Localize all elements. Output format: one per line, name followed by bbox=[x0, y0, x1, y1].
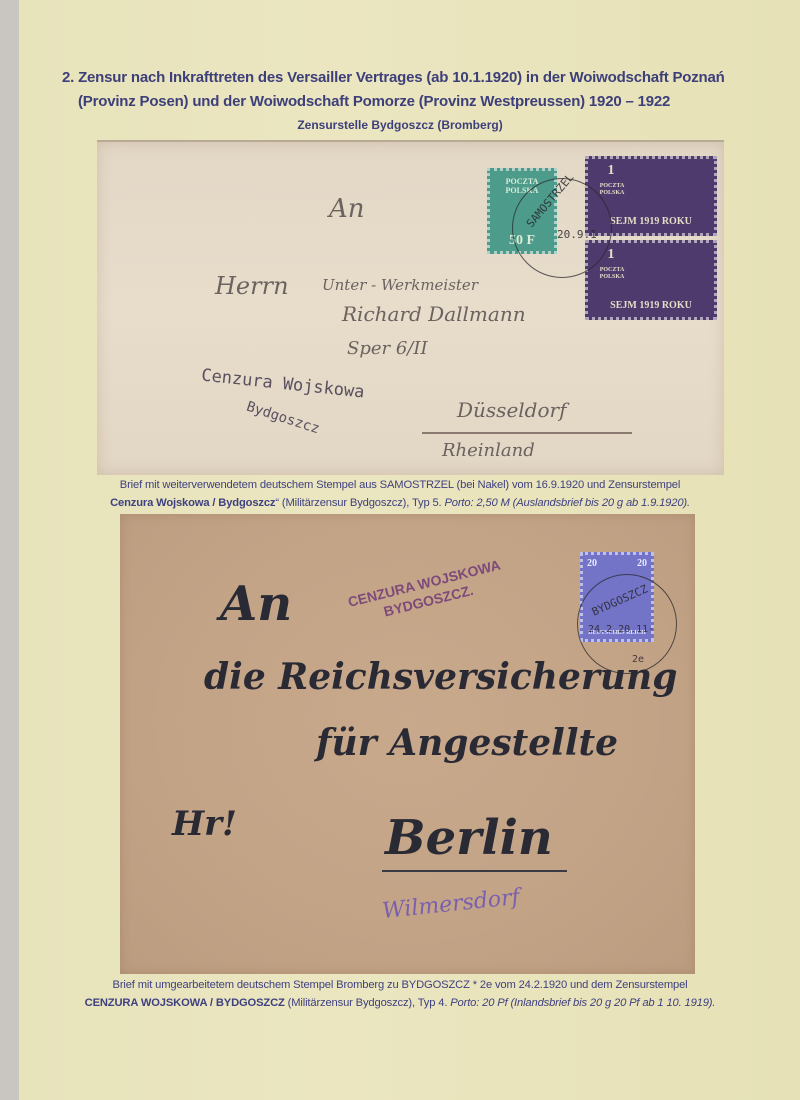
title-line-2: (Provinz Posen) und der Woiwodschaft Pom… bbox=[62, 90, 762, 114]
address-underline bbox=[422, 432, 632, 434]
caption-postage: Porto: 20 Pf (Inlandsbrief bis 20 g 20 P… bbox=[450, 997, 715, 1009]
pencil-note: Wilmersdorf bbox=[381, 885, 521, 924]
scan-edge-strip bbox=[0, 0, 19, 1100]
caption-description: “ (Militärzensur Bydgoszcz), Typ 5. bbox=[275, 497, 444, 509]
caption-postage: Porto: 2,50 M (Auslandsbrief bis 20 g ab… bbox=[444, 497, 689, 509]
address-line: Düsseldorf bbox=[457, 398, 566, 422]
address-line: Sper 6/II bbox=[347, 338, 428, 359]
title-line-1: 2. Zensur nach Inkrafttreten des Versail… bbox=[62, 69, 725, 86]
address-line: Herrn bbox=[215, 272, 289, 300]
caption-line-1: Brief mit umgearbeitetem deutschem Stemp… bbox=[113, 979, 688, 991]
postmark-code: 2e bbox=[632, 654, 644, 665]
caption-envelope-1: Brief mit weiterverwendetem deutschem St… bbox=[40, 476, 760, 512]
caption-censor-name: Cenzura Wojskowa / Bydgoszcz bbox=[110, 497, 275, 509]
page-subtitle: Zensurstelle Bydgoszcz (Bromberg) bbox=[0, 118, 800, 132]
censor-stamp: CENZURA WOJSKOWA BYDGOSZCZ. bbox=[346, 556, 507, 629]
caption-line-1: Brief mit weiterverwendetem deutschem St… bbox=[120, 479, 680, 491]
address-line: An bbox=[329, 194, 365, 224]
page-title: 2. Zensur nach Inkrafttreten des Versail… bbox=[62, 66, 762, 114]
address-underline bbox=[382, 870, 567, 872]
caption-envelope-2: Brief mit umgearbeitetem deutschem Stemp… bbox=[40, 976, 760, 1012]
censor-stamp-line-2: Bydgoszcz bbox=[244, 399, 321, 438]
postmark-date: 24.2.20.11- bbox=[588, 624, 654, 635]
envelope-2: An die Reichsversicherung für Angestellt… bbox=[120, 514, 695, 974]
caption-censor-name: CENZURA WOJSKOWA / BYDGOSZCZ bbox=[85, 997, 285, 1009]
address-line: für Angestellte bbox=[316, 722, 618, 764]
censor-stamp-line-1: Cenzura Wojskowa bbox=[200, 365, 365, 402]
caption-description: (Militärzensur Bydgoszcz), Typ 4. bbox=[285, 997, 451, 1009]
address-line: Richard Dallmann bbox=[342, 302, 526, 326]
address-line: Unter - Werkmeister bbox=[322, 276, 478, 294]
address-line: Berlin bbox=[385, 810, 553, 866]
postmark-date: 20.9.1 bbox=[557, 228, 597, 241]
address-line: An bbox=[220, 576, 292, 632]
address-line: Rheinland bbox=[442, 440, 535, 461]
address-note: Hr! bbox=[172, 804, 237, 844]
envelope-1: An Herrn Unter - Werkmeister Richard Dal… bbox=[97, 140, 724, 475]
